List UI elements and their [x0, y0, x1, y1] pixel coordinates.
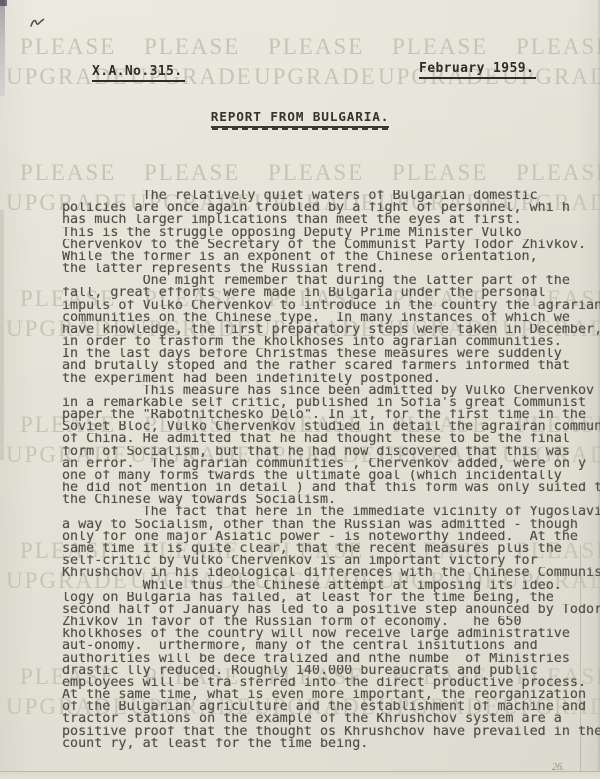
watermark-text: PLEASE: [268, 160, 364, 186]
text-line: authorities will be dece tralized and nt…: [62, 653, 600, 665]
text-line: While the former is an exponent of the C…: [62, 251, 600, 263]
reference-number: X.A.No.315.: [92, 64, 185, 82]
text-line: Chervenkov to the Secretary of the Commu…: [62, 239, 600, 251]
text-line: has much larger implications than meet t…: [62, 214, 600, 226]
text-line: in order to trasform the kholkhoses into…: [62, 336, 600, 348]
text-line: In the last days before Christmas these …: [62, 348, 600, 360]
scan-corner-mark: [0, 0, 7, 6]
text-line: he did not mention in detail ) and that …: [62, 482, 600, 494]
text-line: form of Socialism, but that he had now d…: [62, 446, 600, 458]
text-line: At the same time, what is even more impo…: [62, 689, 600, 701]
text-line: communities on the Chinese type. In many…: [62, 312, 600, 324]
text-line: Zhivkov in favor of the Russian form of …: [62, 616, 600, 628]
text-line: kholkhoses of the country will now recei…: [62, 628, 600, 640]
text-line: The relatively quiet waters of Bulgarian…: [62, 190, 600, 202]
text-line: tractor stations on the example of the K…: [62, 713, 600, 725]
text-line: employees will be tra sferred into the d…: [62, 677, 600, 689]
watermark-text: PLEASE: [392, 34, 488, 60]
scan-edge-artifact-lower: [0, 210, 4, 460]
text-line: This measure has since been admitted by …: [62, 385, 600, 397]
text-line: policies are once again troubled by a fi…: [62, 202, 600, 214]
text-line: drastic lly reduced. Roughly 140.000 bur…: [62, 665, 600, 677]
text-line: logy on Bulgaria has failed, at least fo…: [62, 592, 600, 604]
text-line: aut-onomy. urthermore, many of the centr…: [62, 640, 600, 652]
watermark-text: PLEASE: [392, 160, 488, 186]
watermark-text: PLEASE: [20, 34, 116, 60]
text-line: Khrushchov in his ideological difference…: [62, 567, 600, 579]
text-line: impuls of Vulko Chervenkov to introduce …: [62, 300, 600, 312]
text-line: one of many forms twards the ultimate go…: [62, 470, 600, 482]
document-date: February 1959.: [419, 61, 536, 79]
text-line: While thus the Chinese attempt at imposi…: [62, 580, 600, 592]
text-line: fall, great efforts were made in Bulgari…: [62, 287, 600, 299]
document-title: REPORT FROM BULGARIA.: [211, 110, 390, 128]
text-line: This is the struggle opposing Deputy Pri…: [62, 227, 600, 239]
watermark-text: PLEASE: [144, 34, 240, 60]
pencil-checkmark: [29, 14, 47, 33]
paper-bottom-edge: [0, 771, 600, 779]
title-row: REPORT FROM BULGARIA.: [0, 106, 600, 128]
watermark-text: PLEASE: [20, 160, 116, 186]
text-line: of China. He admitted that he had though…: [62, 433, 600, 445]
text-line: The fact that here in the immediate vici…: [62, 506, 600, 518]
text-line: the latter represents the Russian trend.: [62, 263, 600, 275]
text-line: positive proof that the thought os Khrus…: [62, 726, 600, 738]
text-line: self-critic by Vulko Chervenkov is an im…: [62, 555, 600, 567]
text-line: and brutally stoped and the rather scare…: [62, 360, 600, 372]
document-body: The relatively quiet waters of Bulgarian…: [62, 190, 600, 750]
watermark-text: PLEASE: [516, 160, 600, 186]
text-line: paper the "Rabotnitchesko Delo". In it, …: [62, 409, 600, 421]
paper-fold-line: [580, 545, 581, 779]
watermark-text: PLEASE: [516, 34, 600, 60]
pencil-squiggle-icon: [29, 16, 47, 29]
watermark-text: PLEASE: [268, 34, 364, 60]
text-line: a way to Socialism, other than the Russi…: [62, 519, 600, 531]
text-line: the Chinese way towards Socialism.: [62, 494, 600, 506]
scan-edge-artifact: [0, 0, 5, 96]
text-line: One might remember that during the latte…: [62, 275, 600, 287]
text-line: have knowledge, the first preparatory st…: [62, 324, 600, 336]
text-line: same time it is quite clear, that the re…: [62, 543, 600, 555]
text-line: the experiment had been indefinitely pos…: [62, 373, 600, 385]
text-line: of the Bulgarian agriculture and the est…: [62, 701, 600, 713]
text-line: count ry, at least for the time being.: [62, 738, 600, 750]
text-line: Soviet Bloc, Vulko Chervenkov studied in…: [62, 421, 600, 433]
text-line: an error. The agrarian communities , Che…: [62, 458, 600, 470]
document-page: PLEASEPLEASEPLEASEPLEASEPLEASEUPGRADEUPG…: [0, 0, 600, 779]
watermark-text: UPGRADE: [254, 64, 377, 90]
page-number: 26.: [552, 762, 565, 773]
text-line: only for one major Asiatic power - is no…: [62, 531, 600, 543]
text-line: in a remarkable self critic, published i…: [62, 397, 600, 409]
text-line: second half of January has led to a posi…: [62, 604, 600, 616]
watermark-text: PLEASE: [144, 160, 240, 186]
